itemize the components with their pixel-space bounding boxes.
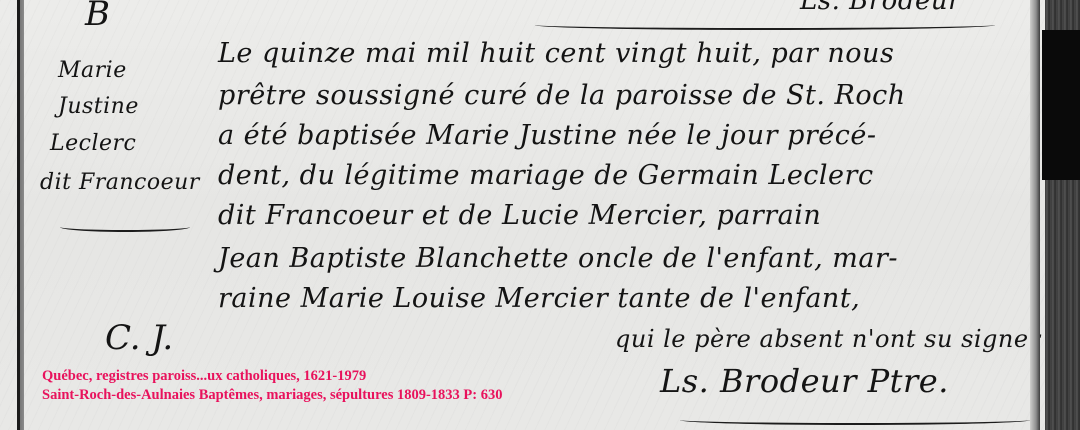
entry-line-3: a été baptisée Marie Justine née le jour… <box>218 120 877 151</box>
entry-line-8: qui le père absent n'ont su signer avec … <box>615 325 1080 353</box>
page-edge <box>1030 0 1040 430</box>
margin-flourish <box>60 222 190 232</box>
previous-entry-flourish <box>535 20 995 30</box>
margin-name-line-1: Marie <box>58 58 127 83</box>
previous-entry-signature: Ls. Brodeur <box>800 0 961 16</box>
entry-line-7: raine Marie Louise Mercier tante de l'en… <box>218 283 860 314</box>
entry-line-4: dent, du légitime mariage de Germain Lec… <box>218 160 874 191</box>
entry-line-1: Le quinze mai mil huit cent vingt huit, … <box>218 38 894 69</box>
margin-name-line-3: Leclerc <box>50 131 136 156</box>
priest-signature: Ls. Brodeur Ptre. <box>660 362 949 400</box>
entry-line-6: Jean Baptiste Blanchette oncle de l'enfa… <box>218 243 898 274</box>
binding-shadow <box>1042 30 1080 180</box>
source-caption-line-1: Québec, registres paroiss...ux catholiqu… <box>42 368 366 385</box>
margin-name-line-4: dit Francoeur <box>40 170 200 195</box>
margin-name-line-2: Justine <box>58 94 139 119</box>
entry-line-2: prêtre soussigné curé de la paroisse de … <box>218 80 906 111</box>
source-caption-line-2: Saint-Roch-des-Aulnaies Baptêmes, mariag… <box>42 387 503 404</box>
margin-lower-marker: C. J. <box>105 318 173 358</box>
scanned-register-page: Ls. Brodeur B Marie Justine Leclerc dit … <box>0 0 1080 430</box>
margin-rule <box>17 0 24 430</box>
entry-line-5: dit Francoeur et de Lucie Mercier, parra… <box>218 200 821 231</box>
entry-type-marker: B <box>85 0 110 34</box>
signature-flourish <box>680 415 1030 425</box>
